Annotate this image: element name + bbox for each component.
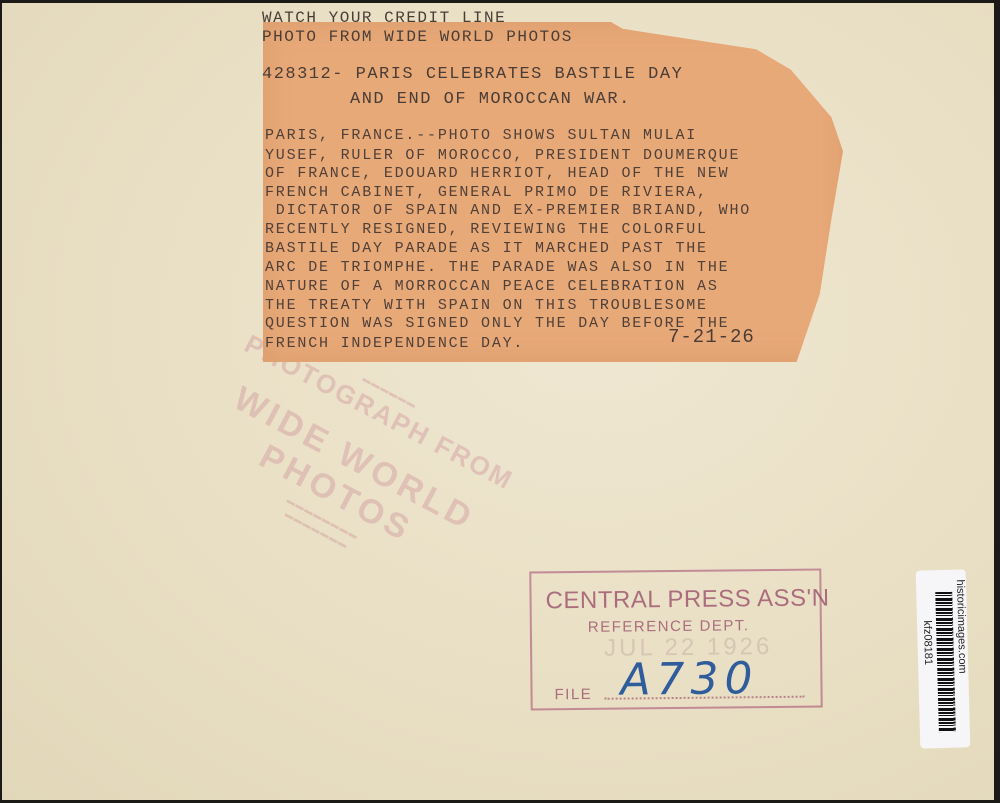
caption-line: THE TREATY WITH SPAIN ON THIS TROUBLESOM… bbox=[265, 298, 708, 313]
caption-line: PARIS, FRANCE.--PHOTO SHOWS SULTAN MULAI bbox=[265, 128, 697, 143]
headline-line-2: AND END OF MOROCCAN WAR. bbox=[350, 91, 631, 108]
barcode-site-text: historicimages.com bbox=[954, 579, 968, 673]
photo-number: 428312- bbox=[262, 65, 344, 84]
barcode-icon bbox=[935, 592, 956, 732]
scan-edge bbox=[994, 0, 1000, 803]
stamp-file-label: FILE bbox=[554, 686, 592, 703]
caption-line: FRENCH INDEPENDENCE DAY. bbox=[265, 336, 524, 351]
caption-line: BASTILE DAY PARADE AS IT MARCHED PAST TH… bbox=[265, 241, 708, 256]
caption-date: 7-21-26 bbox=[668, 328, 755, 347]
caption-line: ARC DE TRIOMPHE. THE PARADE WAS ALSO IN … bbox=[265, 260, 729, 275]
central-press-stamp: CENTRAL PRESS ASS'N REFERENCE DEPT. JUL … bbox=[529, 568, 822, 710]
caption-line: QUESTION WAS SIGNED ONLY THE DAY BEFORE … bbox=[265, 316, 729, 331]
caption-line: NATURE OF A MORROCCAN PEACE CELEBRATION … bbox=[265, 279, 719, 294]
barcode-label: historicimages.com kfz08181 bbox=[916, 569, 971, 748]
credit-line-1: WATCH YOUR CREDIT LINE bbox=[262, 10, 506, 26]
caption-headline: 428312- PARIS CELEBRATES BASTILE DAY bbox=[262, 66, 683, 83]
barcode-id-text: kfz08181 bbox=[921, 620, 934, 665]
caption-line: RECENTLY RESIGNED, REVIEWING THE COLORFU… bbox=[265, 222, 708, 237]
credit-line-2: PHOTO FROM WIDE WORLD PHOTOS bbox=[262, 29, 573, 45]
file-number-handwritten: A730 bbox=[620, 653, 759, 705]
stamp-title: CENTRAL PRESS ASS'N bbox=[545, 584, 829, 615]
caption-line: DICTATOR OF SPAIN AND EX-PREMIER BRIAND,… bbox=[265, 203, 751, 218]
caption-line: FRENCH CABINET, GENERAL PRIMO DE RIVIERA… bbox=[265, 185, 708, 200]
headline-line-1: PARIS CELEBRATES BASTILE DAY bbox=[356, 65, 684, 84]
caption-line: YUSEF, RULER OF MOROCCO, PRESIDENT DOUME… bbox=[265, 148, 740, 163]
caption-line: OF FRANCE, EDOUARD HERRIOT, HEAD OF THE … bbox=[265, 166, 729, 181]
